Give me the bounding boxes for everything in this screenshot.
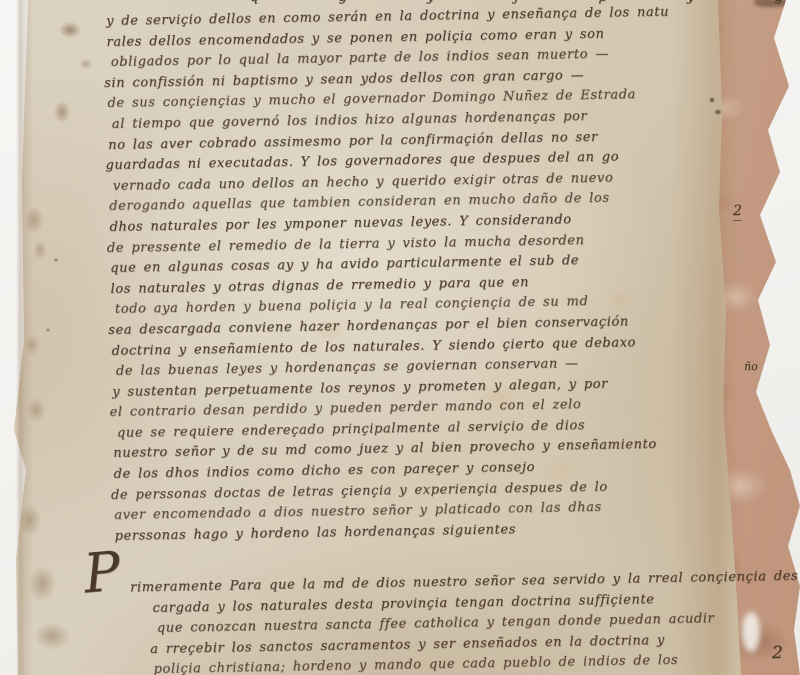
manuscript-second-block: rimeramente Para que la md de dios nuest… xyxy=(152,566,794,675)
manuscript-photo: q g y j p y g q y y de serviçio dellos e… xyxy=(0,0,800,675)
corner-ink-mark: 2 xyxy=(772,643,783,663)
folio-number: 2 xyxy=(733,203,742,221)
manuscript-text-block: y de serviçio dellos en como serán en la… xyxy=(106,1,763,547)
edge-note: ño xyxy=(744,360,758,373)
drop-cap-letter: P xyxy=(82,545,123,602)
